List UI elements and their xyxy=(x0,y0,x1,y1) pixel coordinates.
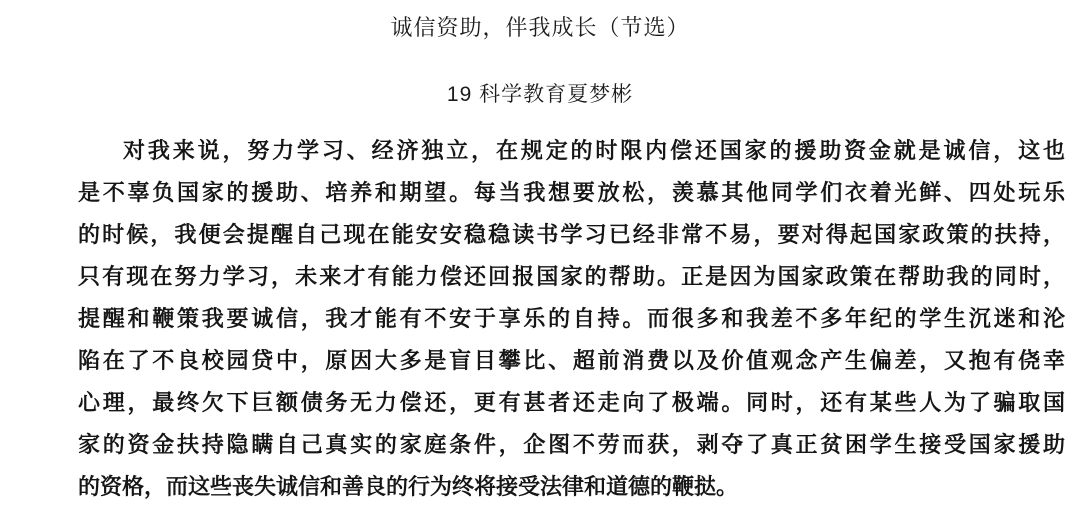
body-line: 只有现在努力学习，未来才有能力偿还回报国家的帮助。正是因为国家政策在帮助我的同时… xyxy=(78,256,1065,298)
body-line: 陷在了不良校园贷中，原因大多是盲目攀比、超前消费以及价值观念产生偏差，又抱有侥幸 xyxy=(78,340,1065,382)
body-line: 提醒和鞭策我要诚信，我才能有不安于享乐的自持。而很多和我差不多年纪的学生沉迷和沦 xyxy=(78,298,1065,340)
article-body: 对我来说，努力学习、经济独立，在规定的时限内偿还国家的援助资金就是诚信，这也 是… xyxy=(78,130,1065,508)
body-line: 心理，最终欠下巨额债务无力偿还，更有甚者还走向了极端。同时，还有某些人为了骗取国 xyxy=(78,382,1065,424)
document-page: 诚信资助，伴我成长（节选） 19 科学教育夏梦彬 对我来说，努力学习、经济独立，… xyxy=(0,0,1080,524)
article-title: 诚信资助，伴我成长（节选） xyxy=(0,13,1080,43)
body-line: 的时候，我便会提醒自己现在能安安稳稳读书学习已经非常不易，要对得起国家政策的扶持… xyxy=(78,214,1065,256)
body-line: 对我来说，努力学习、经济独立，在规定的时限内偿还国家的援助资金就是诚信，这也 xyxy=(78,130,1065,172)
body-line: 的资格，而这些丧失诚信和善良的行为终将接受法律和道德的鞭挞。 xyxy=(78,466,1065,508)
body-line: 家的资金扶持隐瞒自己真实的家庭条件，企图不劳而获，剥夺了真正贫困学生接受国家援助 xyxy=(78,424,1065,466)
article-byline: 19 科学教育夏梦彬 xyxy=(0,81,1080,109)
body-line: 是不辜负国家的援助、培养和期望。每当我想要放松，羡慕其他同学们衣着光鲜、四处玩乐 xyxy=(78,172,1065,214)
